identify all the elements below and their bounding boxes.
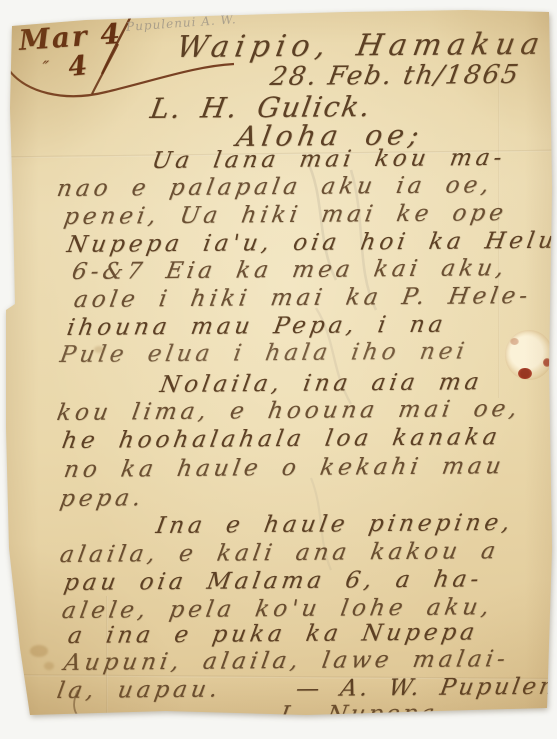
- letter-line: pepa.: [58, 485, 147, 512]
- foxing-spot: [30, 645, 48, 657]
- letter-line: Nupepa ia'u, oia hoi ka Helu: [65, 228, 557, 258]
- wax-stain-blob: [518, 368, 532, 379]
- letter-line: la, uapau.: [55, 677, 223, 704]
- letter-line: no ka haule o kekahi mau: [62, 453, 507, 483]
- letter-paper: Mar 4 ″ 4 Pupulenui A. W. Waipio, Hamaku…: [6, 8, 552, 722]
- letter-line: Aupuni, alaila, lawe malai-: [62, 646, 511, 676]
- letter-line: penei, Ua hiki mai ke ope: [62, 200, 509, 230]
- wax-stain-blob: [543, 358, 551, 367]
- letter-line: aole i hiki mai ka P. Hele-: [72, 283, 533, 313]
- letter-date-line: 28. Feb. th/1865: [268, 60, 522, 92]
- letter-line: Nolaila, ina aia ma: [158, 369, 485, 398]
- letter-line: kou lima, e hoouna mai oe,: [55, 396, 523, 426]
- letter-line: 6-&7 Eia ka mea kai aku,: [70, 255, 510, 285]
- wax-stain-blob: [510, 338, 519, 345]
- docket-number: 4: [67, 50, 89, 83]
- letter-line: pau oia Malama 6, a ha-: [62, 566, 485, 596]
- signature-line2: L. Nupepa: [278, 701, 439, 728]
- docket-ditto-mark: ″: [40, 58, 50, 78]
- letter-line: Ina e haule pinepine,: [154, 510, 516, 539]
- letter-line: alaila, e kali ana kakou a: [58, 538, 501, 568]
- letter-line: he hoohalahala loa kanaka: [60, 424, 503, 454]
- signature-name: — A. W. Pupulenui: [294, 673, 557, 702]
- letter-line: a ina e puka ka Nupepa: [66, 619, 480, 649]
- paper-shadow-wrap: Mar 4 ″ 4 Pupulenui A. W. Waipio, Hamaku…: [6, 8, 552, 722]
- foxing-spot: [44, 662, 54, 670]
- letter-line: Ua lana mai kou ma-: [150, 145, 508, 174]
- scanned-letter-page: Mar 4 ″ 4 Pupulenui A. W. Waipio, Hamaku…: [0, 0, 557, 739]
- letter-line: nao e palapala aku ia oe,: [55, 172, 495, 202]
- letter-line: Pule elua i hala iho nei: [58, 338, 470, 368]
- letter-line: ihouna mau Pepa, i na: [65, 312, 449, 341]
